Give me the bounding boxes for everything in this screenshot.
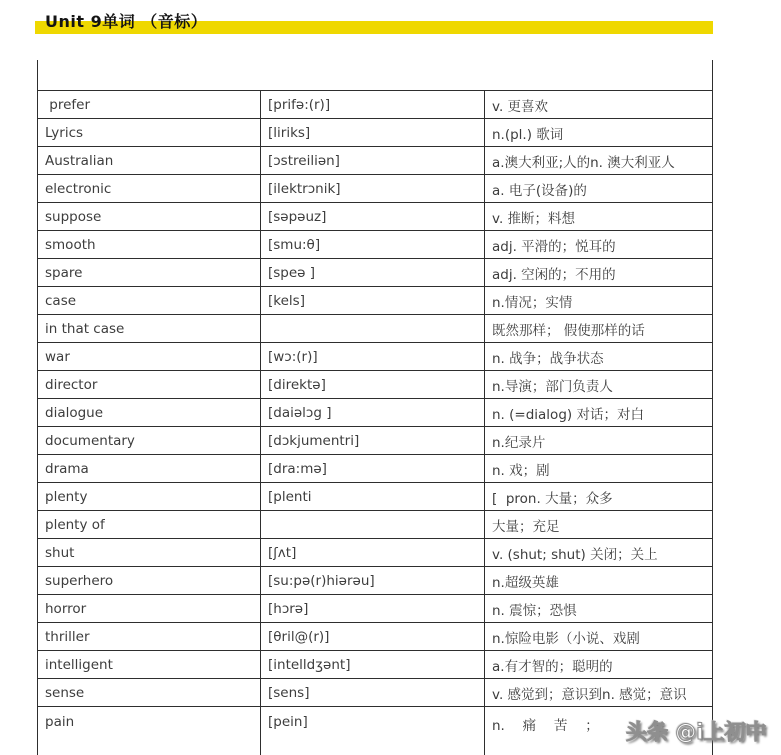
phonetic-cell: [ilektrɔnik] (260, 175, 484, 202)
word-cell: shut (38, 539, 260, 566)
phonetic-cell: [intelldʒənt] (260, 651, 484, 678)
table-row: thriller[θril@(r)]n.惊险电影（小说、戏剧 (38, 622, 712, 650)
word-cell: Australian (38, 147, 260, 174)
page-title: Unit 9单词 （音标） (45, 9, 207, 32)
word-cell: director (38, 371, 260, 398)
table-row: director[direktə]n.导演；部门负责人 (38, 370, 712, 398)
phonetic-cell (260, 511, 484, 538)
table-row: prefer[prifə:(r)]v. 更喜欢 (38, 90, 712, 118)
table-row: case[kels]n.情况；实情 (38, 286, 712, 314)
phonetic-cell: [su:pə(r)hiərəu] (260, 567, 484, 594)
table-row: war[wɔ:(r)]n. 战争；战争状态 (38, 342, 712, 370)
table-row: in that case既然那样； 假使那样的话 (38, 314, 712, 342)
meaning-cell: n. 战争；战争状态 (484, 343, 712, 370)
word-cell: plenty of (38, 511, 260, 538)
watermark: 头条 @i上初中 (626, 716, 767, 746)
phonetic-cell: [pein] (260, 707, 484, 755)
table-row: dialogue[daiəlɔg ]n. (=dialog) 对话；对白 (38, 398, 712, 426)
phonetic-cell (260, 315, 484, 342)
meaning-cell: n.导演；部门负责人 (484, 371, 712, 398)
meaning-cell: n. 震惊；恐惧 (484, 595, 712, 622)
word-cell: prefer (38, 91, 260, 118)
meaning-cell: n.(pl.) 歌词 (484, 119, 712, 146)
phonetic-cell: [hɔrə] (260, 595, 484, 622)
word-cell: Lyrics (38, 119, 260, 146)
meaning-cell: adj. 空闲的；不用的 (484, 259, 712, 286)
meaning-cell: 既然那样； 假使那样的话 (484, 315, 712, 342)
table-row: documentary[dɔkjumentri]n.纪录片 (38, 426, 712, 454)
phonetic-cell: [direktə] (260, 371, 484, 398)
phonetic-cell: [dɔkjumentri] (260, 427, 484, 454)
table-row: plenty[plenti[ pron. 大量；众多 (38, 482, 712, 510)
word-cell: intelligent (38, 651, 260, 678)
vocab-table: prefer[prifə:(r)]v. 更喜欢Lyrics[liriks]n.(… (37, 60, 713, 755)
table-row: suppose[səpəuz]v. 推断；料想 (38, 202, 712, 230)
word-cell: plenty (38, 483, 260, 510)
phonetic-cell: [daiəlɔg ] (260, 399, 484, 426)
meaning-cell: n.情况；实情 (484, 287, 712, 314)
table-row: plenty of大量；充足 (38, 510, 712, 538)
word-cell: electronic (38, 175, 260, 202)
phonetic-cell: [smu:θ] (260, 231, 484, 258)
meaning-cell: v. (shut; shut) 关闭；关上 (484, 539, 712, 566)
word-cell: drama (38, 455, 260, 482)
table-row: Lyrics[liriks]n.(pl.) 歌词 (38, 118, 712, 146)
word-cell: documentary (38, 427, 260, 454)
meaning-cell: n. 戏；剧 (484, 455, 712, 482)
meaning-cell: a.澳大利亚;人的n. 澳大利亚人 (484, 147, 712, 174)
word-cell: in that case (38, 315, 260, 342)
meaning-cell: n.超级英雄 (484, 567, 712, 594)
phonetic-cell: [ʃʌt] (260, 539, 484, 566)
word-cell: dialogue (38, 399, 260, 426)
phonetic-cell: [prifə:(r)] (260, 91, 484, 118)
word-cell: superhero (38, 567, 260, 594)
meaning-cell: [ pron. 大量；众多 (484, 483, 712, 510)
phonetic-cell: [liriks] (260, 119, 484, 146)
phonetic-cell: [kels] (260, 287, 484, 314)
word-cell: thriller (38, 623, 260, 650)
meaning-cell: a.有才智的；聪明的 (484, 651, 712, 678)
phonetic-cell: [θril@(r)] (260, 623, 484, 650)
table-row: smooth[smu:θ]adj. 平滑的；悦耳的 (38, 230, 712, 258)
meaning-cell: 大量；充足 (484, 511, 712, 538)
table-row: Australian[ɔstreiliən]a.澳大利亚;人的n. 澳大利亚人 (38, 146, 712, 174)
meaning-cell: v. 推断；料想 (484, 203, 712, 230)
phonetic-cell: [wɔ:(r)] (260, 343, 484, 370)
meaning-cell: a. 电子(设备)的 (484, 175, 712, 202)
table-row: intelligent[intelldʒənt]a.有才智的；聪明的 (38, 650, 712, 678)
page: Unit 9单词 （音标） prefer[prifə:(r)]v. 更喜欢Lyr… (0, 0, 781, 755)
table-row: shut[ʃʌt]v. (shut; shut) 关闭；关上 (38, 538, 712, 566)
phonetic-cell: [sens] (260, 679, 484, 706)
word-cell: sense (38, 679, 260, 706)
meaning-cell: n. (=dialog) 对话；对白 (484, 399, 712, 426)
meaning-cell: adj. 平滑的；悦耳的 (484, 231, 712, 258)
word-cell: case (38, 287, 260, 314)
table-row: electronic[ilektrɔnik]a. 电子(设备)的 (38, 174, 712, 202)
phonetic-cell: [speə ] (260, 259, 484, 286)
meaning-cell: n.惊险电影（小说、戏剧 (484, 623, 712, 650)
phonetic-cell: [səpəuz] (260, 203, 484, 230)
meaning-cell: v. 更喜欢 (484, 91, 712, 118)
word-cell: war (38, 343, 260, 370)
phonetic-cell: [plenti (260, 483, 484, 510)
meaning-cell: n.纪录片 (484, 427, 712, 454)
phonetic-cell: [dra:mə] (260, 455, 484, 482)
word-cell: pain (38, 707, 260, 755)
word-cell: suppose (38, 203, 260, 230)
word-cell: spare (38, 259, 260, 286)
table-row: superhero[su:pə(r)hiərəu]n.超级英雄 (38, 566, 712, 594)
word-cell: horror (38, 595, 260, 622)
word-cell: smooth (38, 231, 260, 258)
table-row: spare[speə ]adj. 空闲的；不用的 (38, 258, 712, 286)
table-row: drama[dra:mə]n. 戏；剧 (38, 454, 712, 482)
table-row: pain[pein]n. 痛 苦 ； (38, 706, 712, 755)
meaning-cell: v. 感觉到；意识到n. 感觉；意识 (484, 679, 712, 706)
table-row: horror[hɔrə]n. 震惊；恐惧 (38, 594, 712, 622)
table-row: sense[sens]v. 感觉到；意识到n. 感觉；意识 (38, 678, 712, 706)
phonetic-cell: [ɔstreiliən] (260, 147, 484, 174)
table-row-partial-empty (38, 60, 712, 90)
